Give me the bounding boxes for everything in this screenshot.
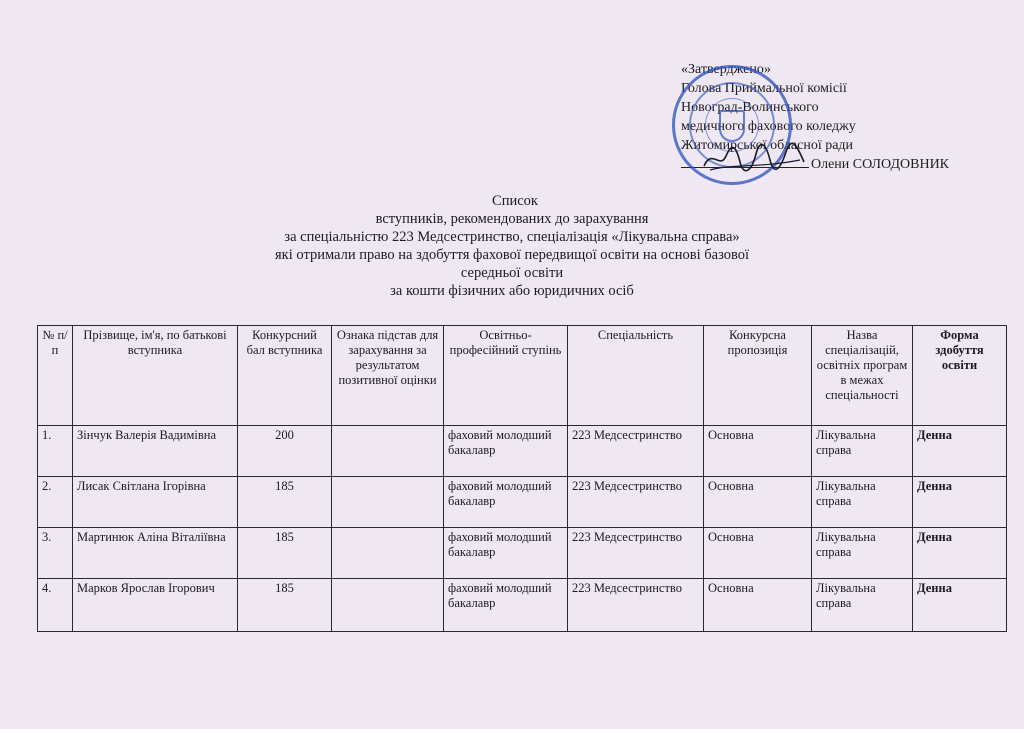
cell-num: 3. xyxy=(38,528,73,579)
cell-form: Денна xyxy=(913,579,1007,632)
cell-score: 185 xyxy=(238,528,332,579)
cell-name: Марков Ярослав Ігорович xyxy=(73,579,238,632)
cell-offer: Основна xyxy=(704,579,812,632)
approval-line: медичного фахового коледжу xyxy=(681,117,949,136)
header-specialty: Спеціальність xyxy=(568,326,704,426)
cell-form: Денна xyxy=(913,528,1007,579)
cell-specialty: 223 Медсестринство xyxy=(568,579,704,632)
cell-num: 4. xyxy=(38,579,73,632)
approval-line: Житомирської обласної ради xyxy=(681,136,949,155)
cell-form: Денна xyxy=(913,426,1007,477)
cell-score: 185 xyxy=(238,579,332,632)
cell-specialization: Лікувальна справа xyxy=(812,579,913,632)
header-form: Форма здобуття освіти xyxy=(913,326,1007,426)
header-degree: Освітньо-професійний ступінь xyxy=(444,326,568,426)
signature-underline xyxy=(681,155,809,168)
title-line: Список xyxy=(6,192,1024,210)
cell-num: 2. xyxy=(38,477,73,528)
header-offer: Конкурсна пропозиція xyxy=(704,326,812,426)
approval-line: Голова Приймальної комісії xyxy=(681,79,949,98)
cell-name: Лисак Світлана Ігорівна xyxy=(73,477,238,528)
cell-name: Мартинюк Аліна Віталіївна xyxy=(73,528,238,579)
cell-offer: Основна xyxy=(704,477,812,528)
cell-score: 185 xyxy=(238,477,332,528)
cell-specialty: 223 Медсестринство xyxy=(568,426,704,477)
cell-degree: фаховий молодший бакалавр xyxy=(444,579,568,632)
header-name: Прізвище, ім'я, по батькові вступника xyxy=(73,326,238,426)
signature-line: Олени СОЛОДОВНИК xyxy=(681,155,949,174)
header-basis: Ознака підстав для зарахування за резуль… xyxy=(332,326,444,426)
table-header-row: № п/ п Прізвище, ім'я, по батькові вступ… xyxy=(38,326,1007,426)
title-line: за спеціальністю 223 Медсестринство, спе… xyxy=(0,228,1024,246)
header-score: Конкурсний бал вступника xyxy=(238,326,332,426)
approval-block: «Затверджено» Голова Приймальної комісії… xyxy=(681,60,949,174)
cell-degree: фаховий молодший бакалавр xyxy=(444,477,568,528)
cell-basis xyxy=(332,477,444,528)
cell-specialization: Лікувальна справа xyxy=(812,528,913,579)
cell-basis xyxy=(332,528,444,579)
title-line: вступників, рекомендованих до зарахуванн… xyxy=(0,210,1024,228)
cell-basis xyxy=(332,426,444,477)
cell-specialty: 223 Медсестринство xyxy=(568,528,704,579)
cell-degree: фаховий молодший бакалавр xyxy=(444,528,568,579)
table-row: 1. Зінчук Валерія Вадимівна 200 фаховий … xyxy=(38,426,1007,477)
header-specialization: Назва спеціалізацій, освітніх програм в … xyxy=(812,326,913,426)
cell-specialization: Лікувальна справа xyxy=(812,477,913,528)
document-page: «Затверджено» Голова Приймальної комісії… xyxy=(0,0,1024,729)
table-row: 3. Мартинюк Аліна Віталіївна 185 фаховий… xyxy=(38,528,1007,579)
cell-num: 1. xyxy=(38,426,73,477)
cell-degree: фаховий молодший бакалавр xyxy=(444,426,568,477)
table-row: 4. Марков Ярослав Ігорович 185 фаховий м… xyxy=(38,579,1007,632)
approval-line: Новоград-Волинського xyxy=(681,98,949,117)
cell-offer: Основна xyxy=(704,528,812,579)
cell-form: Денна xyxy=(913,477,1007,528)
title-line: які отримали право на здобуття фахової п… xyxy=(0,246,1024,264)
title-line: середньої освіти xyxy=(0,264,1024,282)
cell-specialization: Лікувальна справа xyxy=(812,426,913,477)
cell-specialty: 223 Медсестринство xyxy=(568,477,704,528)
signatory-name: Олени СОЛОДОВНИК xyxy=(811,157,949,172)
title-line: за кошти фізичних або юридичних осіб xyxy=(0,282,1024,300)
applicants-table: № п/ п Прізвище, ім'я, по батькові вступ… xyxy=(37,325,1007,632)
cell-offer: Основна xyxy=(704,426,812,477)
header-num: № п/ п xyxy=(38,326,73,426)
document-title: Список вступників, рекомендованих до зар… xyxy=(0,192,1024,300)
approval-line: «Затверджено» xyxy=(681,60,949,79)
table-row: 2. Лисак Світлана Ігорівна 185 фаховий м… xyxy=(38,477,1007,528)
cell-name: Зінчук Валерія Вадимівна xyxy=(73,426,238,477)
cell-basis xyxy=(332,579,444,632)
cell-score: 200 xyxy=(238,426,332,477)
